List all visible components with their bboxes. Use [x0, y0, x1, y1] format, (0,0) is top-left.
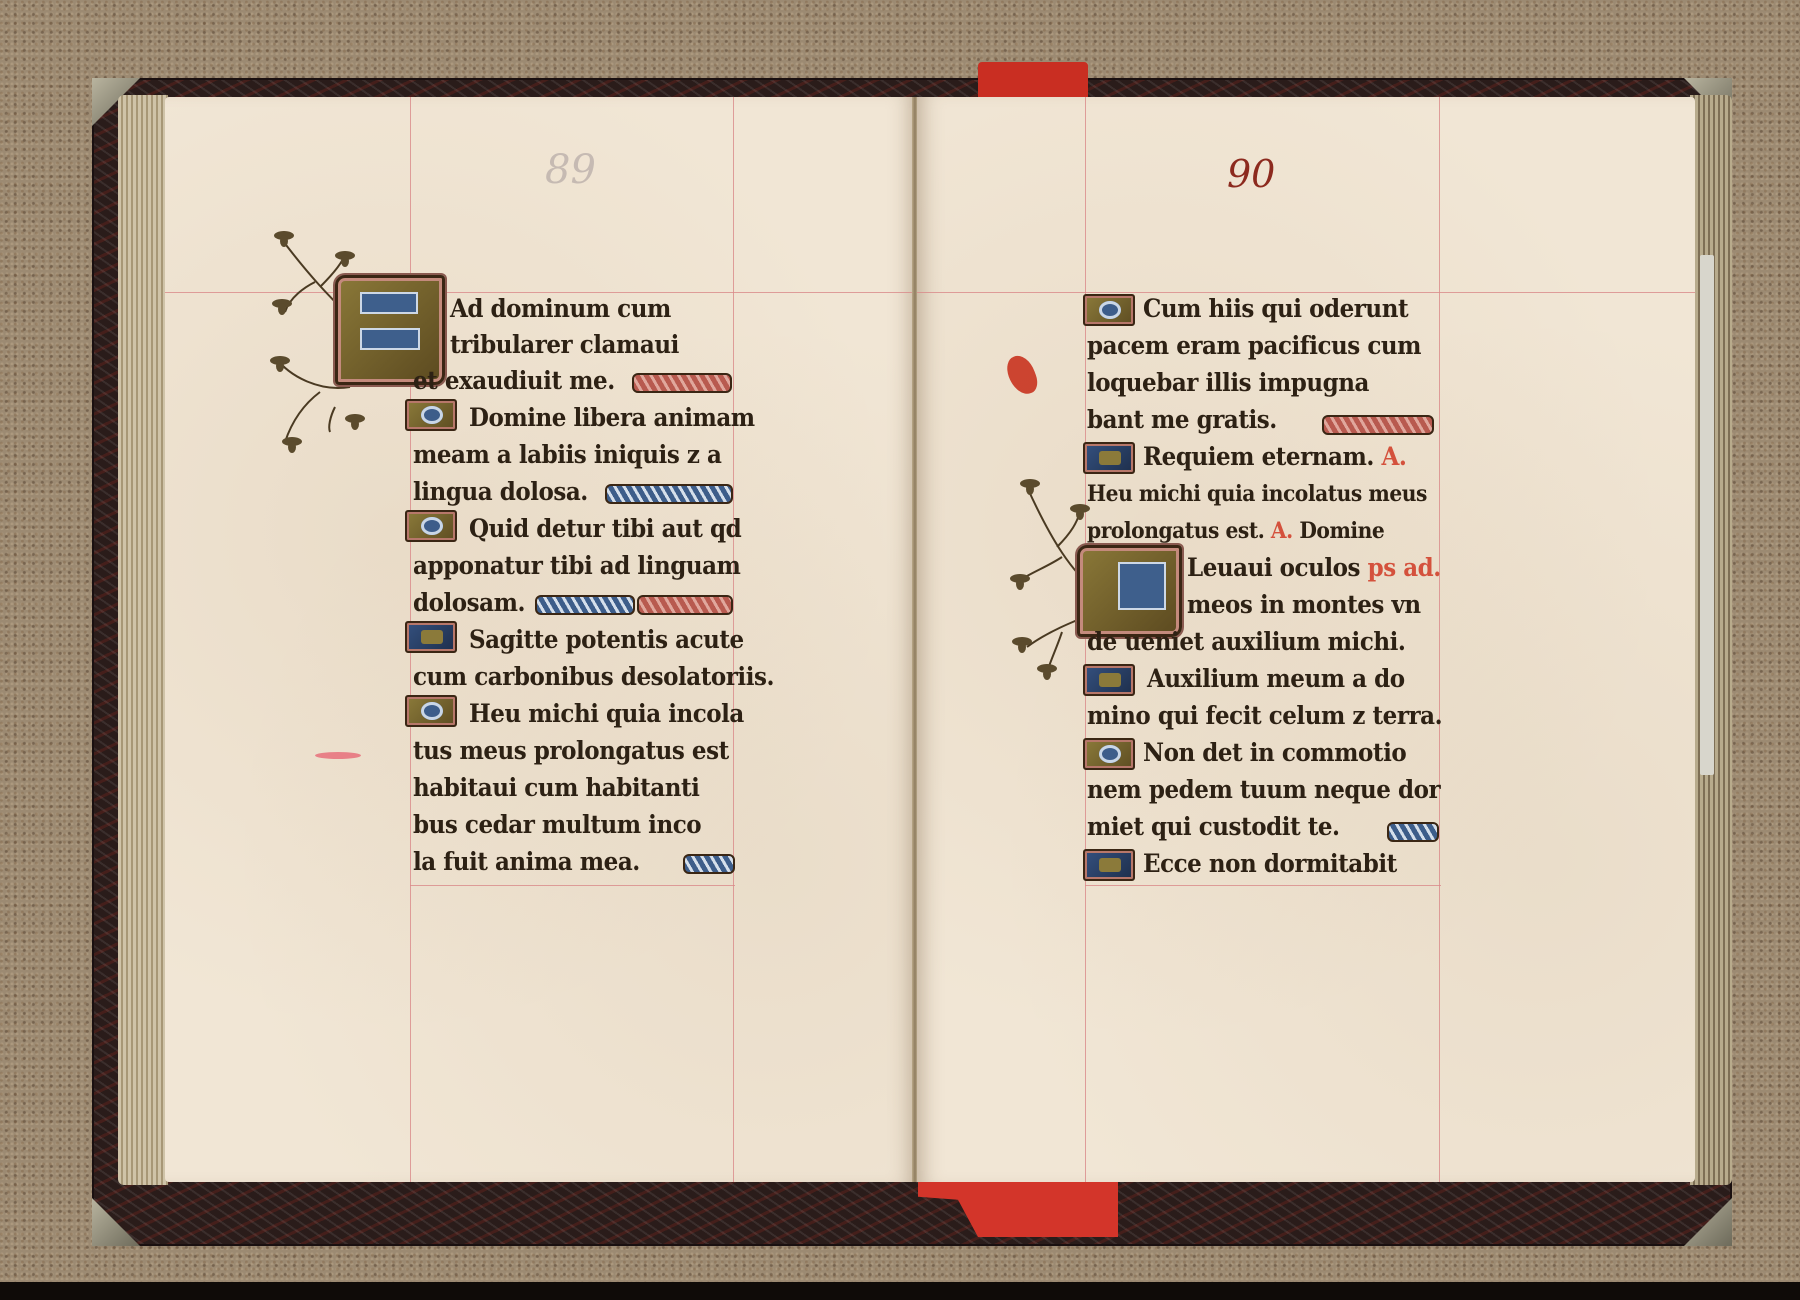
text-line: Quid detur tibi aut qd	[469, 512, 741, 546]
text-line: la fuit anima mea.	[413, 845, 640, 879]
initial-C	[1083, 294, 1135, 326]
text-line: Heu michi quia incolatus meus	[1087, 477, 1427, 511]
text-line: et exaudiuit me.	[413, 364, 615, 398]
text-line-content: Leuaui oculos	[1187, 553, 1360, 582]
text-line: nem pedem tuum neque dor	[1087, 773, 1440, 807]
red-spine-ribbon-top	[978, 62, 1088, 102]
ruling-line	[410, 885, 735, 886]
text-line: habitaui cum habitanti	[413, 771, 699, 805]
text-line: mino qui fecit celum z terra.	[1087, 699, 1442, 733]
page-edges-left	[118, 95, 168, 1185]
text-line-content: prolongatus est.	[1087, 518, 1264, 544]
background-shadow-strip	[0, 1282, 1800, 1300]
text-line: apponatur tibi ad linguam	[413, 549, 740, 583]
illuminated-initial-L	[1077, 545, 1182, 637]
line-filler-red	[632, 373, 732, 393]
text-line: Requiem eternam. A.	[1143, 440, 1406, 474]
initial-D	[405, 399, 457, 431]
text-line: Auxilium meum a do	[1147, 662, 1405, 696]
pencil-folio-number: 89	[545, 147, 596, 193]
text-line-content: Requiem eternam.	[1143, 442, 1374, 471]
text-line: tus meus prolongatus est	[413, 734, 729, 768]
ruling-line	[1085, 885, 1441, 886]
text-line: lingua dolosa.	[413, 475, 588, 509]
text-line: bus cedar multum inco	[413, 808, 701, 842]
initial-R	[1083, 442, 1135, 474]
text-line: prolongatus est. A. Domine	[1087, 514, 1384, 548]
initial-E	[1083, 849, 1135, 881]
line-filler-blue	[1387, 822, 1439, 842]
text-line: miet qui custodit te.	[1087, 810, 1340, 844]
line-filler-blue	[605, 484, 733, 504]
text-line: Sagitte potentis acute	[469, 623, 744, 657]
initial-Q	[405, 510, 457, 542]
folio-number: 90	[1227, 152, 1275, 196]
line-filler-blue	[683, 854, 735, 874]
initial-A	[1083, 664, 1135, 696]
left-page: 89 Ad dominum cum tribularer clamaui et …	[165, 97, 915, 1182]
inserted-paper-slip	[1700, 255, 1714, 775]
rubric-antiphon-mark: A.	[1271, 518, 1293, 544]
line-filler-red	[1322, 415, 1434, 435]
text-line-content: Domine	[1299, 518, 1384, 544]
red-ink-fleck	[1003, 352, 1041, 398]
text-line: Leuaui oculos ps ad.	[1187, 551, 1441, 585]
right-page: 90 Cum hiis qui oderunt pacem eram pacif…	[917, 97, 1695, 1182]
text-line: Ad dominum cum	[450, 292, 671, 326]
initial-N	[1083, 738, 1135, 770]
text-line: Cum hiis qui oderunt	[1143, 292, 1408, 326]
initial-S	[405, 621, 457, 653]
text-line: meam a labiis iniquis z a	[413, 438, 721, 472]
text-line: loquebar illis impugna	[1087, 366, 1369, 400]
pink-ink-smear	[315, 752, 361, 759]
text-line: Ecce non dormitabit	[1143, 847, 1397, 881]
text-line: dolosam.	[413, 586, 525, 620]
text-line: meos in montes vn	[1187, 588, 1421, 622]
text-line: pacem eram pacificus cum	[1087, 329, 1421, 363]
text-line: tribularer clamaui	[450, 328, 679, 362]
ruling-line	[1439, 97, 1440, 1182]
line-filler-red	[637, 595, 733, 615]
text-line: Heu michi quia incola	[469, 697, 744, 731]
text-line: Non det in commotio	[1143, 736, 1406, 770]
text-line: de ueniet auxilium michi.	[1087, 625, 1405, 659]
rubric-psalm-mark: ps ad.	[1368, 553, 1441, 582]
text-line: bant me gratis.	[1087, 403, 1277, 437]
line-filler-blue	[535, 595, 635, 615]
initial-H	[405, 695, 457, 727]
text-line: Domine libera animam	[469, 401, 755, 435]
rubric-antiphon-mark: A.	[1381, 442, 1406, 471]
text-line: cum carbonibus desolatoriis.	[413, 660, 774, 694]
